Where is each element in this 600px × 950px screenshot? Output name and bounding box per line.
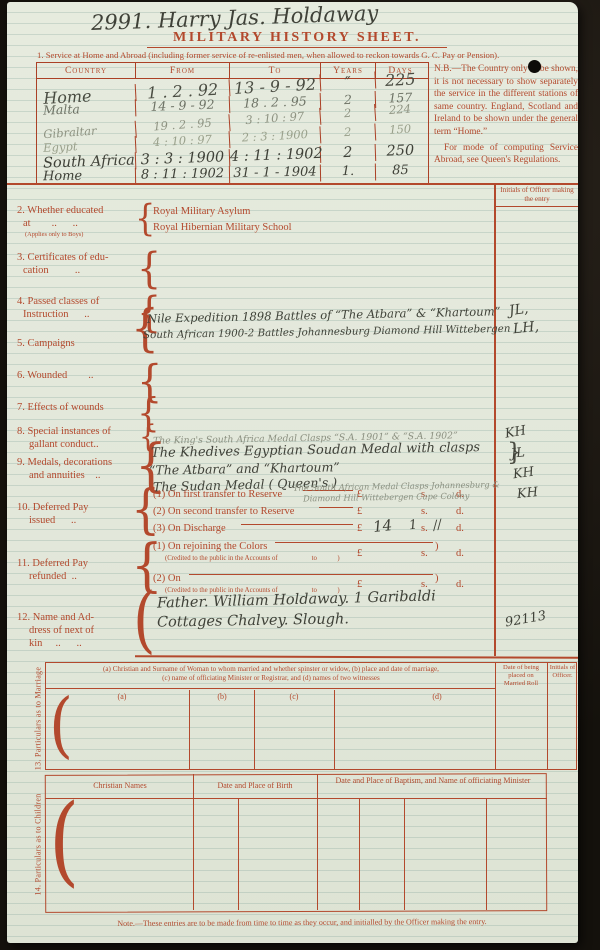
marriage-col-c: (c) [259, 692, 329, 702]
item12-label3: kin .. .. [29, 638, 82, 651]
service-to: 4 : 11 : 1902 [230, 145, 322, 166]
fill-line [275, 542, 433, 543]
col-country: Country [37, 63, 136, 78]
footer-note: Note.—These entries are to be made from … [87, 917, 517, 929]
children-divider [404, 798, 405, 910]
children-header-underline [45, 798, 547, 799]
military-history-sheet: 2991. Harry Jas. Holdaway MILITARY HISTO… [7, 2, 578, 943]
children-divider [317, 774, 318, 910]
children-divider [486, 798, 487, 910]
fill-line [319, 507, 353, 508]
service-days: 224 [375, 100, 425, 121]
children-side-label: 14. Particulars as to Children [34, 780, 43, 910]
service-years: ″ [320, 72, 376, 92]
discharge-amount-pounds: 14 [372, 516, 393, 536]
item11-credit-note-1: (Credited to the public in the Accounts … [165, 555, 340, 563]
item2-option2: Royal Hibernian Military School [153, 221, 292, 234]
marriage-col-b: (b) [192, 692, 252, 702]
item2-label: 2. Whether educated [17, 205, 103, 218]
hole-punch [528, 60, 541, 73]
item3-label: 3. Certificates of edu- [17, 252, 109, 265]
paren-close: ) [435, 541, 439, 552]
officer-initials-campaigns-1: JL, [508, 301, 529, 320]
service-table: Country From To Years Days Home 1 . 2 . … [36, 62, 429, 184]
item3-label2: cation .. [23, 265, 80, 278]
married-roll-header: Date of being placed on Married Roll [497, 664, 545, 689]
officer-initials-medals-3: KH [512, 465, 535, 483]
scanned-document-background: 2991. Harry Jas. Holdaway MILITARY HISTO… [0, 0, 600, 950]
item12-label2: dress of next of [29, 625, 94, 638]
item4-label2: Instruction .. [23, 309, 90, 322]
service-years: 2 [321, 144, 377, 163]
discharge-amount-pence: // [432, 517, 444, 533]
nb-note-para1: N.B.—The Country only to be shown, it is… [434, 63, 578, 139]
children-divider [238, 798, 239, 910]
medals-overflow-2: Diamond Hill Wittebergen Cape Colony [303, 491, 470, 504]
marriage-officer-header: Initials of Officer. [549, 664, 576, 680]
item8-label2: gallant conduct.. [29, 439, 99, 452]
service-to: 31 - 1 - 1904 [230, 164, 321, 183]
item3-brace: { [137, 247, 161, 289]
item7-label: 7. Effects of wounds [17, 402, 104, 415]
pound-sign: £ [357, 579, 362, 590]
item9-label2: and annuities .. [29, 470, 100, 483]
item11-label2: refunded .. [29, 571, 77, 584]
page-title: MILITARY HISTORY SHEET. [147, 30, 447, 48]
paren-close: ) [435, 573, 439, 584]
item2-label2: at .. .. [23, 218, 78, 231]
pence-sign: d. [456, 523, 464, 534]
fill-line [241, 524, 353, 525]
pence-sign: d. [456, 579, 464, 590]
service-years: 1. [321, 163, 376, 181]
item6-label: 6. Wounded .. [17, 370, 94, 383]
marriage-bracket: ( [49, 689, 73, 760]
reference-number-handwritten: 92113 [504, 609, 547, 631]
children-divider [359, 798, 360, 910]
children-divider [193, 774, 194, 910]
item2-note: (Applies only to Boys) [25, 231, 83, 239]
marriage-header-line1: (a) Christian and Surname of Woman to wh… [51, 665, 491, 674]
shillings-sign: s. [421, 523, 428, 534]
marriage-divider [334, 690, 335, 770]
officer-initials-medals-1: KH [504, 423, 527, 441]
marriage-divider [189, 690, 190, 770]
marriage-header-line2: (c) name of officiating Minister or Regi… [77, 674, 465, 683]
nb-note-para2: For mode of computing Service Abroad, se… [434, 142, 578, 167]
item10-line3: (3) On Discharge [153, 523, 226, 536]
officer-initials-medals-2: JL [510, 445, 525, 461]
item11-line2: (2) On [153, 573, 181, 586]
marriage-header-underline [45, 688, 495, 689]
children-bracket: ( [49, 792, 79, 890]
pence-sign: d. [456, 548, 464, 559]
discharge-amount-shillings: 1 [408, 518, 418, 534]
pound-sign: £ [357, 523, 362, 534]
item5-label: 5. Campaigns [17, 338, 75, 351]
initials-column-header: Initials of Officer making the entry [496, 186, 578, 207]
marriage-col-d: (d) [402, 692, 472, 702]
marriage-side-label: 13. Particulars as to Marriage [34, 654, 43, 784]
pound-sign: £ [357, 548, 362, 559]
item10-line1: (1) On first transfer to Reserve [153, 489, 282, 502]
officer-initials-medals-4: KH [516, 485, 539, 502]
service-years: 2 [320, 124, 376, 144]
item10-line2: (2) On second transfer to Reserve [153, 506, 294, 519]
service-days: 225 [375, 69, 425, 89]
item10-label: 10. Deferred Pay [17, 502, 88, 515]
next-of-kin-line2: Cottages Chalvey. Slough. [157, 611, 349, 630]
divider-line [7, 183, 578, 185]
fill-line [189, 574, 433, 575]
shillings-sign: s. [421, 506, 428, 517]
nb-note: N.B.—The Country only to be shown, it is… [434, 63, 578, 170]
service-from: 14 - 9 - 92 [136, 96, 231, 117]
service-section-heading: 1. Service at Home and Abroad (including… [37, 50, 565, 60]
item9-label: 9. Medals, decorations [17, 457, 112, 470]
service-years: 2 [320, 104, 376, 125]
service-days: 150 [375, 121, 425, 141]
item12-label: 12. Name and Ad- [17, 612, 94, 625]
children-table [45, 773, 547, 913]
pound-sign: £ [357, 506, 362, 517]
service-country: Malta [37, 100, 137, 121]
pence-sign: d. [456, 506, 464, 517]
item2-option1: Royal Military Asylum [153, 205, 250, 218]
item11-line1: (1) On rejoining the Colors [153, 541, 267, 554]
children-col3-header: Date and Place of Baptism, and Name of o… [323, 776, 543, 786]
item10-label2: issued .. [29, 515, 76, 528]
item12-bracket: ( [133, 583, 156, 656]
item8-label: 8. Special instances of [17, 426, 111, 439]
shillings-sign: s. [421, 548, 428, 559]
service-days: 250 [376, 142, 426, 161]
service-days: 85 [376, 163, 425, 181]
campaigns-entry-1: Nile Expedition 1898 Battles of “The Atb… [147, 304, 501, 325]
initials-column-line [494, 185, 496, 656]
marriage-divider [254, 690, 255, 770]
col-from: From [136, 63, 230, 78]
marriage-top-heavy-line [135, 655, 578, 659]
marriage-col-a: (a) [87, 692, 157, 702]
officer-initials-campaigns-2: LH, [512, 319, 539, 338]
item11-label: 11. Deferred Pay [17, 558, 88, 571]
campaigns-entry-2: South African 1900-2 Battles Johannesbur… [143, 323, 511, 341]
item4-label: 4. Passed classes of [17, 296, 99, 309]
children-col2-header: Date and Place of Birth [195, 781, 315, 791]
